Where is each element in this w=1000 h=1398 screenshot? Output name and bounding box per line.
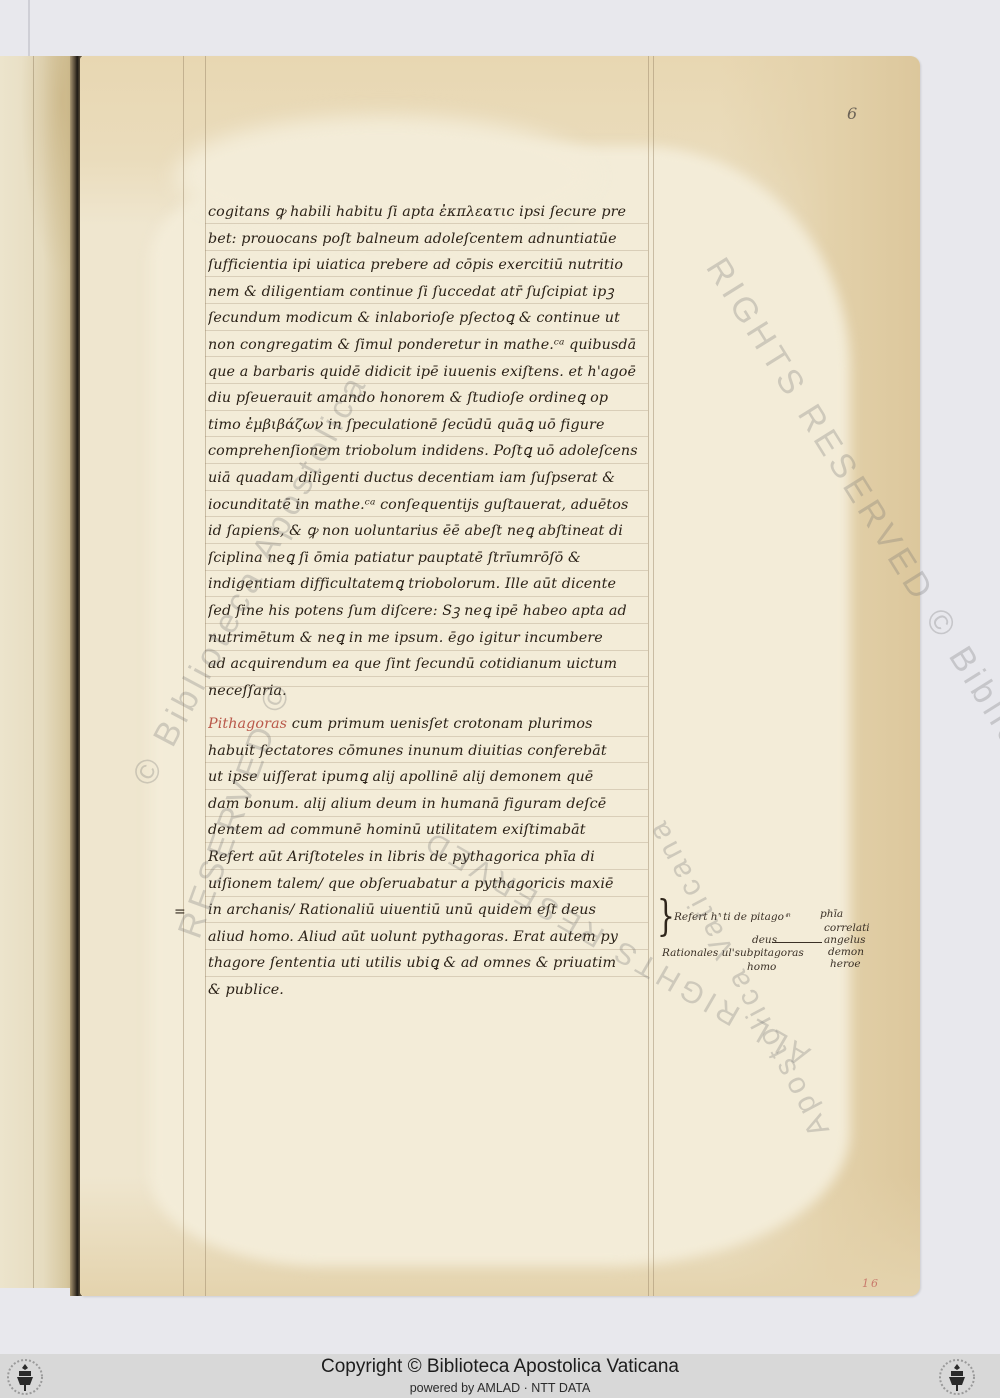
- text-line: nutrimētum & neꝗ in me ipsum. ēgo igitur…: [208, 625, 648, 652]
- gloss-brace: }: [657, 891, 675, 941]
- text-line: Refert aūt Ariſtoteles in libris de pyth…: [208, 844, 648, 871]
- text-line: timo ἐμβιβάζων in ſpeculationē ſecūdū qu…: [208, 412, 648, 439]
- text-line: uiā quadam diligenti ductus decentiam ia…: [208, 465, 648, 492]
- text-line: thagore ſententia uti utilis ubiꝗ & ad o…: [208, 950, 648, 977]
- ruling-right-inner: [648, 56, 649, 1296]
- text-line: nem & diligentiam continue ſi ſuccedat a…: [208, 279, 648, 306]
- gloss-line-3: Rationales ul'subpitagoras: [662, 947, 804, 959]
- text-line: ſed ſine his potens ſum diſcere: Sꝫ neꝗ …: [208, 598, 648, 625]
- text-line: dam bonum. alij alium deum in humanā fig…: [208, 791, 648, 818]
- copyright-text: Copyright © Biblioteca Apostolica Vatica…: [0, 1356, 1000, 1378]
- text-line: uiſionem talem/ que obſeruabatur a pytha…: [208, 871, 648, 898]
- rubric-pithagoras: Pithagoras: [208, 716, 287, 732]
- image-viewer[interactable]: 6 cogitans ꝙ habili habitu ſi apta ἐκπλε…: [0, 0, 1000, 1354]
- left-facing-page: [0, 56, 78, 1288]
- text-line: in archanis/ Rationaliū uiuentiū unū qui…: [208, 897, 648, 924]
- text-line: dentem ad communē hominū utilitatem exiſ…: [208, 817, 648, 844]
- gloss-demon: demon: [828, 946, 864, 958]
- text-line: cogitans ꝙ habili habitu ſi apta ἐκπλεατ…: [208, 199, 648, 226]
- text-line: ſciplina neꝗ ſi ōmia patiatur pauptatē ſ…: [208, 545, 648, 572]
- folio-red-mark: 16: [862, 1277, 880, 1290]
- ruling-left-outer: [183, 56, 184, 1296]
- text-line-rubric: Pithagoras cum primum uenisſet crotonam …: [208, 711, 648, 738]
- text-line: bet: prouocans poſt balneum adoleſcentem…: [208, 226, 648, 253]
- text-line: aliud homo. Aliud aūt uolunt pythagoras.…: [208, 924, 648, 951]
- text-line: non congregatim & ſimul ponderetur in ma…: [208, 332, 648, 359]
- text-line: neceſſaria.: [208, 678, 648, 705]
- text-line: indigentiam difficultatemꝗ triobolorum. …: [208, 571, 648, 598]
- main-text-block-1: cogitans ꝙ habili habitu ſi apta ἐκπλεατ…: [208, 199, 648, 704]
- text-line: comprehenſionem triobolum indidens. Poſt…: [208, 438, 648, 465]
- text-line: ad acquirendum ea que ſint ſecundū cotid…: [208, 651, 648, 678]
- text-line: ut ipse uiſſerat ipumꝗ alij apollinē ali…: [208, 764, 648, 791]
- text-line: que a barbaris quidē didicit ipē iuuenis…: [208, 359, 648, 386]
- gloss-heroe: heroe: [830, 958, 861, 970]
- text-line: & publice.: [208, 977, 648, 1004]
- text-line: diu pſeuerauit amando honorem & ſtudioſe…: [208, 385, 648, 412]
- copyright-footer: Copyright © Biblioteca Apostolica Vatica…: [0, 1354, 1000, 1398]
- manuscript-page: 6 cogitans ꝙ habili habitu ſi apta ἐκπλε…: [80, 56, 920, 1296]
- gloss-homo: homo: [747, 961, 776, 973]
- text-line: id ſapiens, & ꝙ non uoluntarius ēē abeſt…: [208, 518, 648, 545]
- margin-mark: =: [174, 904, 186, 920]
- powered-by-text: powered by AMLAD · NTT DATA: [0, 1381, 1000, 1395]
- left-page-edge: [28, 0, 30, 56]
- text-line: ſecundum modicum & inlaborioſe pſectoꝗ &…: [208, 305, 648, 332]
- ruling-right-outer: [653, 56, 654, 1296]
- folio-number: 6: [847, 104, 857, 123]
- vatican-library-seal-icon: [938, 1358, 976, 1396]
- gloss-leader: [772, 942, 822, 943]
- gloss-correlati: correlati: [824, 922, 870, 934]
- text-line: habuit ſectatores cōmunes inunum diuitia…: [208, 738, 648, 765]
- gloss-philosophia: phīa: [820, 908, 843, 920]
- text-line: ſufficientia ipi uiatica prebere ad cōpi…: [208, 252, 648, 279]
- gloss-line-1: Refert h'ͥ ti de pitago ͤⁿ: [674, 911, 791, 923]
- text-line: iocunditatē in mathe.ᶜᵃ conſequentijs gu…: [208, 492, 648, 519]
- gloss-angelus: angelus: [824, 934, 865, 946]
- gloss-deus: deus: [752, 934, 777, 946]
- main-text-block-2: Pithagoras cum primum uenisſet crotonam …: [208, 711, 648, 1004]
